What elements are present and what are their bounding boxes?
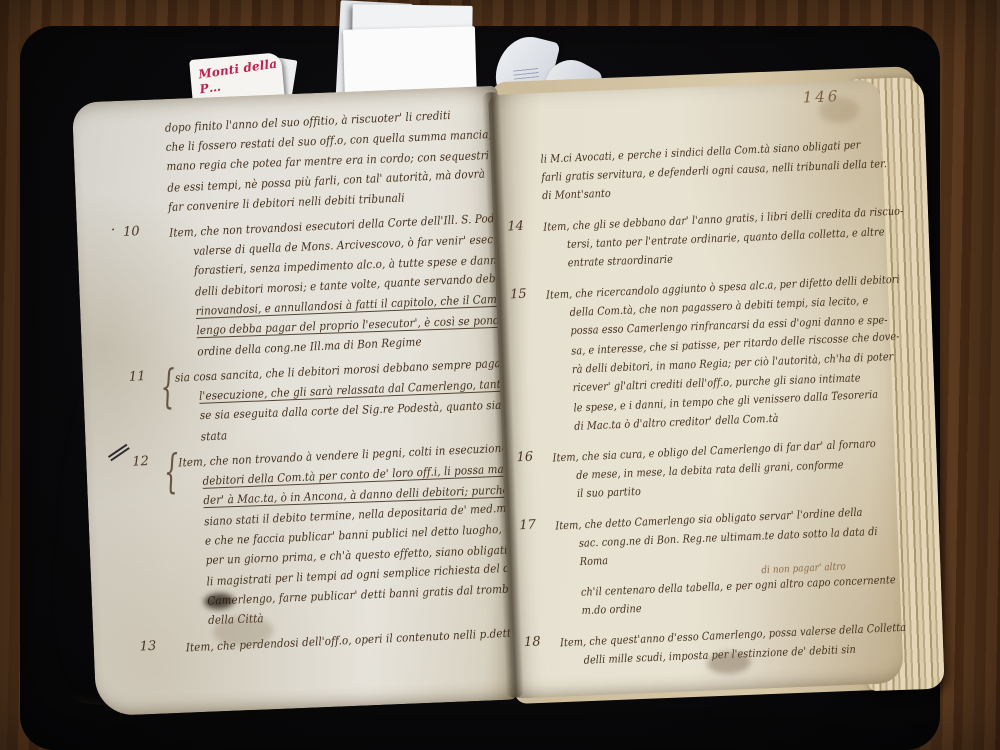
margin-bullet-dot: ·	[111, 222, 116, 238]
margin-number: 12	[132, 454, 149, 470]
margin-number: 18	[524, 634, 541, 650]
right-page: 146 li M.ci Avocati, e perche i sindici …	[488, 79, 904, 698]
left-page: dopo finito l'anno del suo offitio, à ri…	[72, 86, 522, 717]
photo-stage: Monti della P… dopo finito l'anno del su…	[0, 0, 1000, 750]
margin-number: 15	[510, 287, 527, 303]
manuscript-section: 14 Item, che gli se debbano dar' l'anno …	[543, 204, 875, 274]
manuscript-lines: Item, che ricercandolo aggiunto ò spesa …	[546, 273, 842, 437]
margin-number: 13	[139, 639, 156, 655]
manuscript-section: 17 Item, che detto Camerlengo sia obliga…	[555, 503, 889, 622]
manuscript-section: 16 Item, che sia cura, e obligo del Came…	[552, 435, 884, 505]
manuscript-section: dopo finito l'anno del suo offitio, à ri…	[164, 104, 498, 217]
manuscript-lines: Item, che sia cura, e obligo del Camerle…	[552, 436, 844, 505]
foxing-spot	[818, 96, 859, 124]
manuscript-lines: li M.ci Avocati, e perche i sindici dell…	[540, 137, 832, 206]
right-page-text: li M.ci Avocati, e perche i sindici dell…	[540, 136, 891, 682]
manuscript-lines: Item, che detto Camerlengo sia obligato …	[555, 504, 849, 622]
margin-number: 10	[123, 224, 140, 240]
manuscript-section: 11 { sia cosa sancita, che li debitori m…	[175, 354, 508, 447]
manuscript-section: 15 Item, che ricercandolo aggiunto ò spe…	[546, 272, 882, 437]
manuscript-section: li M.ci Avocati, e perche i sindici dell…	[540, 136, 872, 206]
margin-double-slash-mark: ∥	[104, 440, 135, 467]
manuscript-lines: sia cosa sancita, che li debitori morosi…	[175, 355, 475, 447]
manuscript-lines: Item, che non trovandosi esecutori della…	[169, 210, 471, 362]
manuscript-lines: Item, che quest'anno d'esso Camerlengo, …	[560, 621, 852, 671]
margin-number: 14	[507, 219, 524, 235]
left-page-text: dopo finito l'anno del suo offitio, à ri…	[164, 104, 516, 662]
margin-number: 17	[519, 518, 536, 534]
margin-number: 11	[129, 369, 146, 385]
manuscript-section: · 10 Item, che non trovandosi esecutori …	[169, 209, 504, 362]
margin-number: 16	[516, 450, 533, 466]
manuscript-lines: Item, che gli se debbano dar' l'anno gra…	[543, 205, 835, 274]
manuscript-lines: dopo finito l'anno del suo offitio, à ri…	[164, 105, 465, 217]
